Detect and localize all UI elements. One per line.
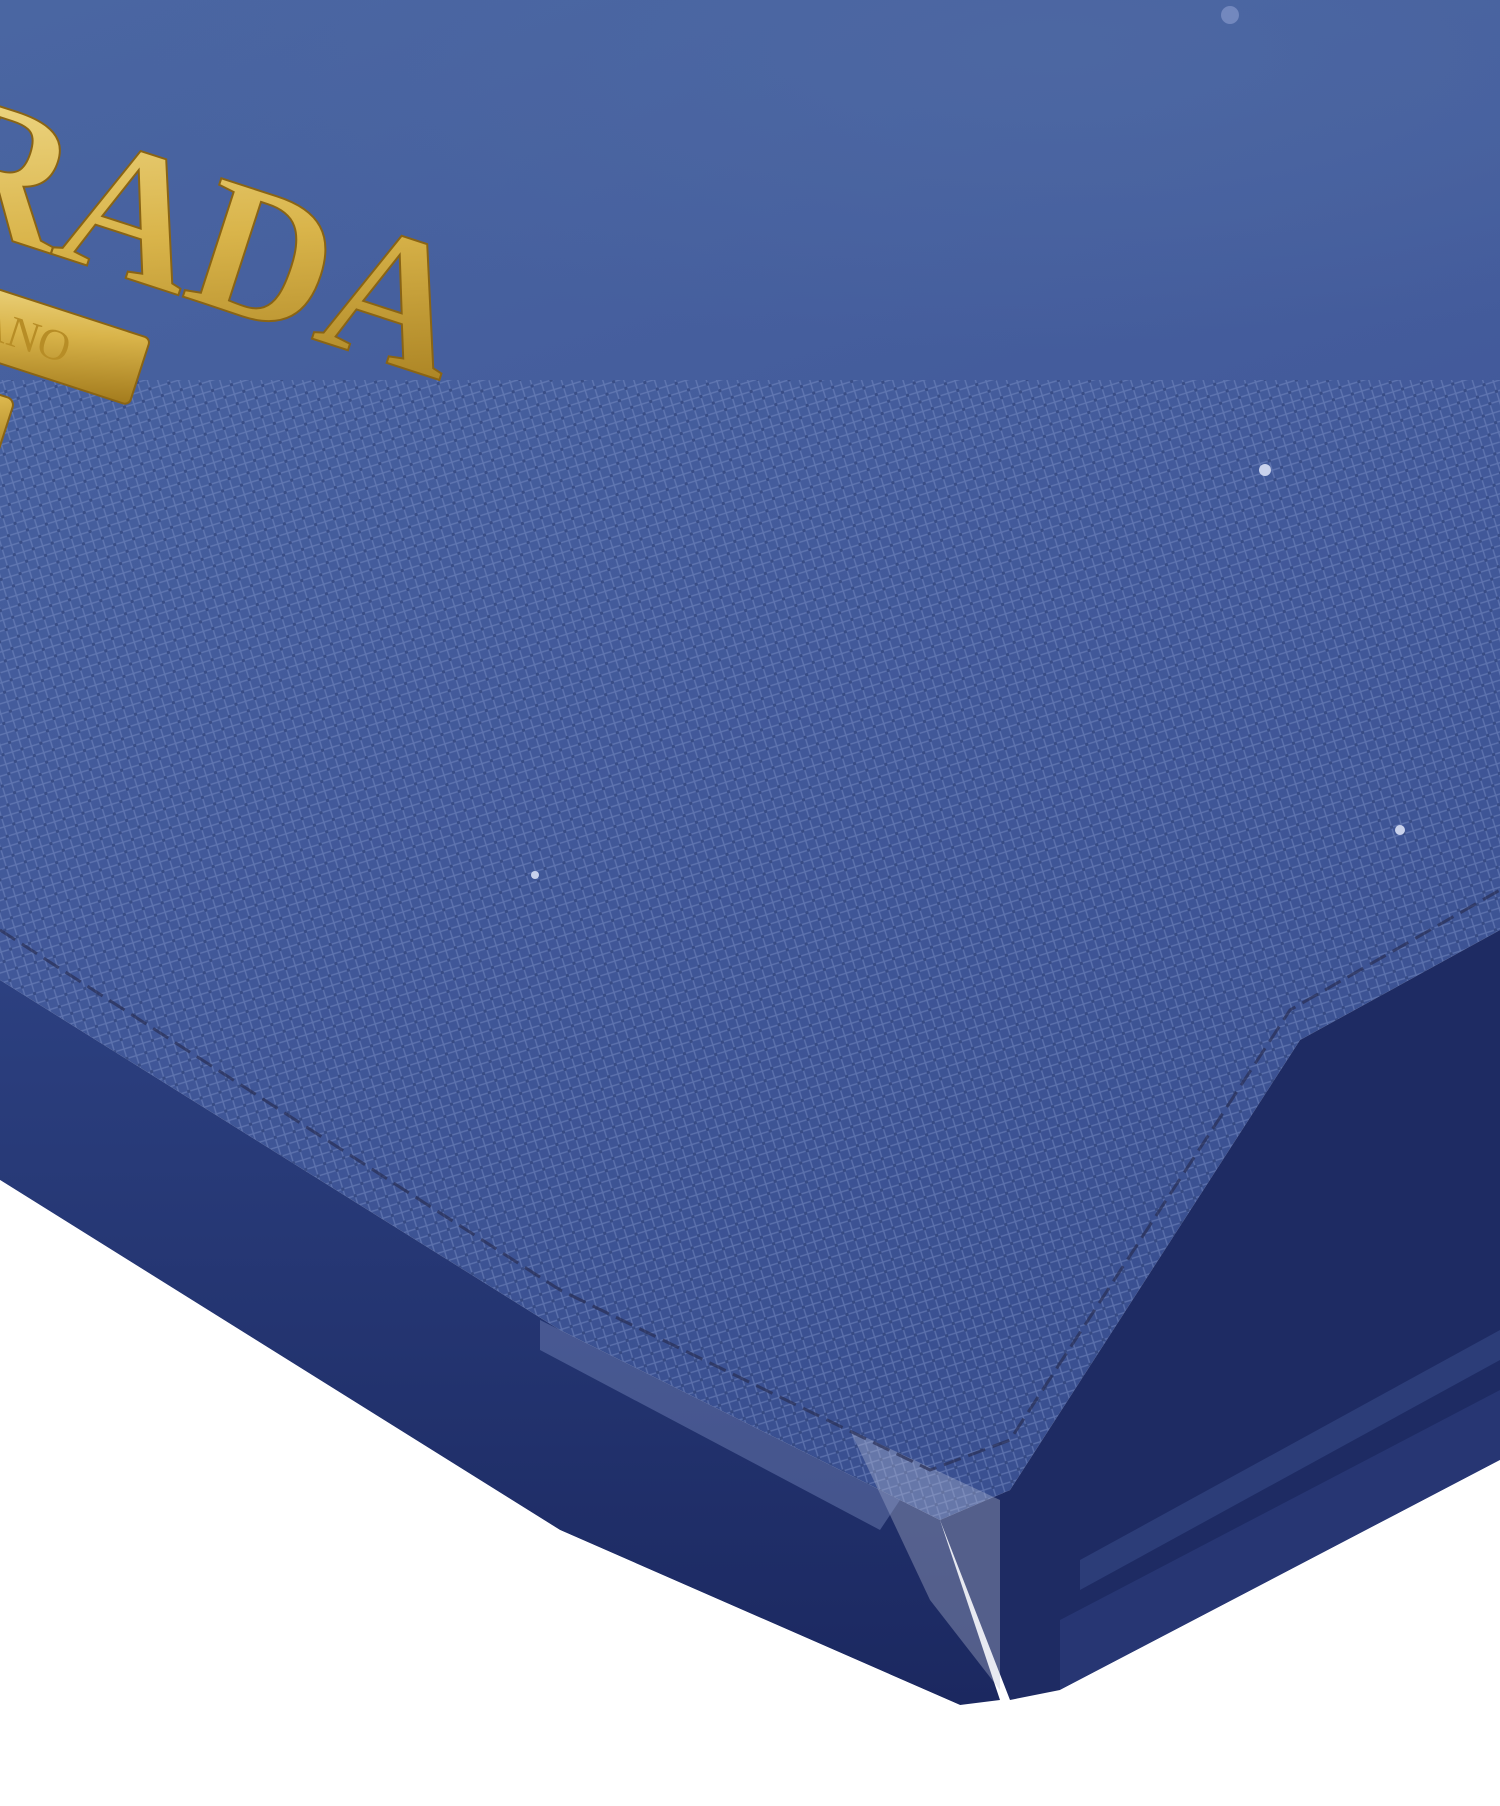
wallet-illustration: RADA MILANO — [0, 0, 1500, 1806]
product-photo: RADA MILANO — [0, 0, 1500, 1806]
